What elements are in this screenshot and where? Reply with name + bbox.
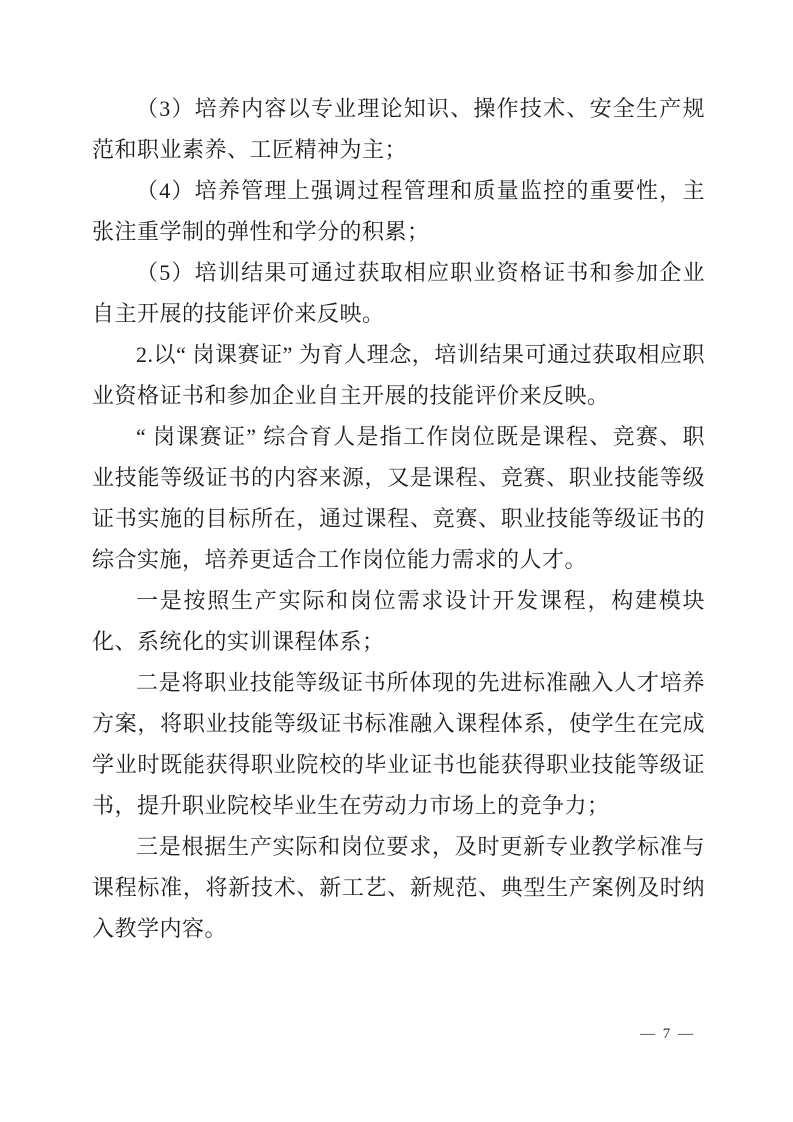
- paragraph-third-measure: 三是根据生产实际和岗位要求，及时更新专业教学标准与课程标准，将新技术、新工艺、新…: [92, 826, 705, 949]
- paragraph-gangkesaizheng-definition: “ 岗课赛证” 综合育人是指工作岗位既是课程、竞赛、职业技能等级证书的内容来源，…: [92, 416, 705, 580]
- page-number: — 7 —: [640, 1026, 695, 1043]
- paragraph-second-measure: 二是将职业技能等级证书所体现的先进标准融入人才培养方案，将职业技能等级证书标准融…: [92, 662, 705, 826]
- paragraph-point-2: 2.以“ 岗课赛证” 为育人理念，培训结果可通过获取相应职业资格证书和参加企业自…: [92, 334, 705, 416]
- paragraph-item-5: （5）培训结果可通过获取相应职业资格证书和参加企业自主开展的技能评价来反映。: [92, 252, 705, 334]
- document-page: （3）培养内容以专业理论知识、操作技术、安全生产规范和职业素养、工匠精神为主； …: [0, 0, 793, 1122]
- paragraph-item-3: （3）培养内容以专业理论知识、操作技术、安全生产规范和职业素养、工匠精神为主；: [92, 88, 705, 170]
- paragraph-item-4: （4）培养管理上强调过程管理和质量监控的重要性，主张注重学制的弹性和学分的积累；: [92, 170, 705, 252]
- document-body: （3）培养内容以专业理论知识、操作技术、安全生产规范和职业素养、工匠精神为主； …: [92, 88, 705, 949]
- paragraph-first-measure: 一是按照生产实际和岗位需求设计开发课程，构建模块化、系统化的实训课程体系；: [92, 580, 705, 662]
